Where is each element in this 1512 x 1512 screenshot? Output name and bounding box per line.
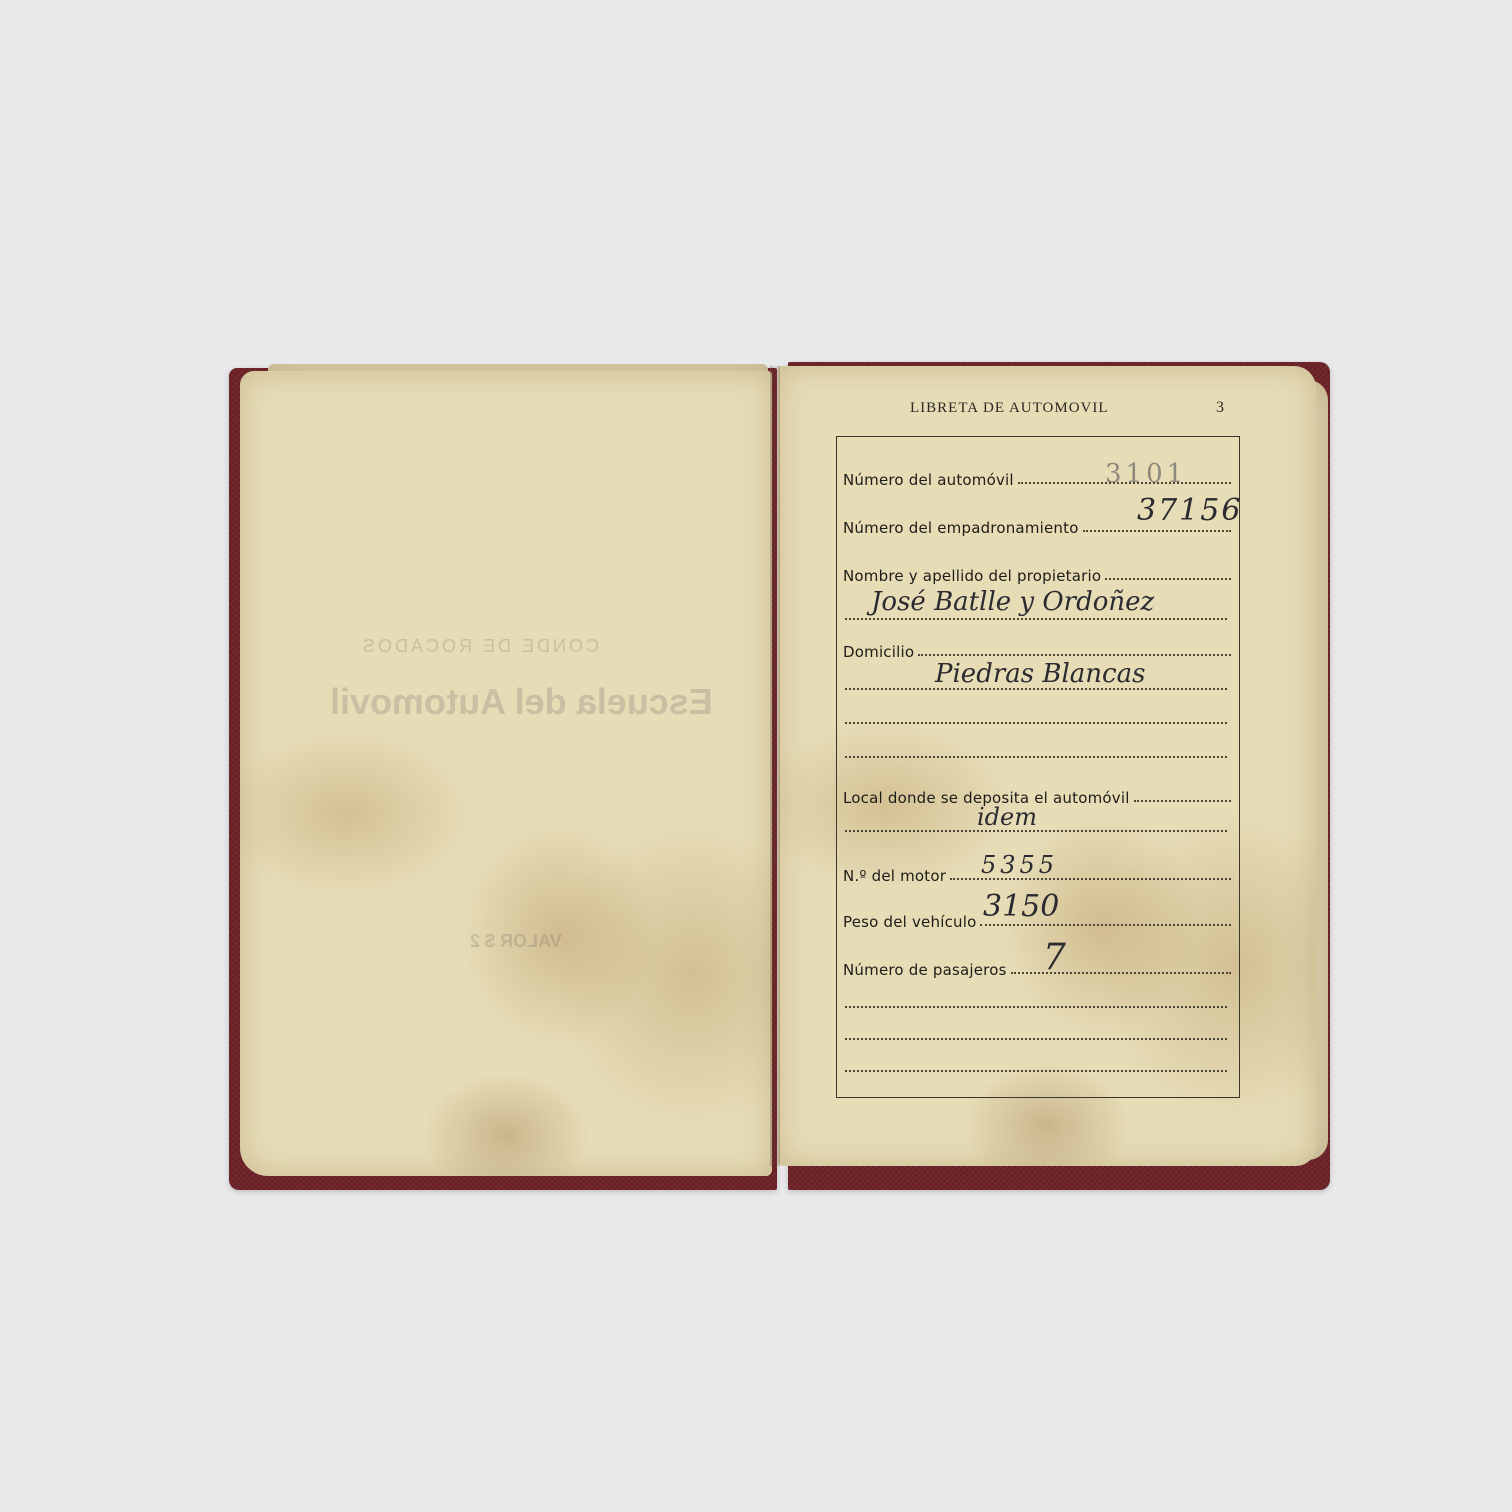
left-page: Escuela del Automovil CONDE DE ROCADOS V…: [240, 371, 772, 1176]
field-label: Domicilio: [843, 643, 914, 661]
registration-form: Número del automóvil 3101 Número del emp…: [836, 436, 1240, 1098]
field-value: 3101: [1105, 459, 1187, 489]
field-value: 37156: [1137, 493, 1242, 528]
running-head: LIBRETA DE AUTOMOVIL: [910, 400, 1109, 417]
field-label: Peso del vehículo: [843, 913, 976, 931]
field-propietario: Nombre y apellido del propietario: [843, 559, 1231, 585]
field-domicilio: Domicilio: [843, 635, 1231, 661]
field-local-deposito: Local donde se deposita el automóvil: [843, 781, 1231, 807]
field-label: Número del automóvil: [843, 471, 1014, 489]
bleed-through-text: Escuela del Automovil: [330, 681, 713, 723]
booklet-spine: [770, 366, 780, 1166]
field-label: Número de pasajeros: [843, 961, 1007, 979]
field-label: N.º del motor: [843, 867, 946, 885]
field-value: 5355: [981, 851, 1058, 879]
field-value: idem: [977, 803, 1037, 831]
bleed-through-text: VALOR $ 2: [470, 931, 562, 952]
field-numero-pasajeros: Número de pasajeros: [843, 953, 1231, 979]
page-number: 3: [1216, 399, 1224, 417]
field-label: Número del empadronamiento: [843, 519, 1079, 537]
field-value: 7: [1043, 937, 1066, 978]
field-label: Nombre y apellido del propietario: [843, 567, 1101, 585]
field-value: 3150: [983, 889, 1059, 924]
field-value: José Batlle y Ordoñez: [871, 587, 1154, 617]
bleed-through-text: CONDE DE ROCADOS: [360, 636, 599, 657]
field-value: Piedras Blancas: [935, 659, 1145, 689]
